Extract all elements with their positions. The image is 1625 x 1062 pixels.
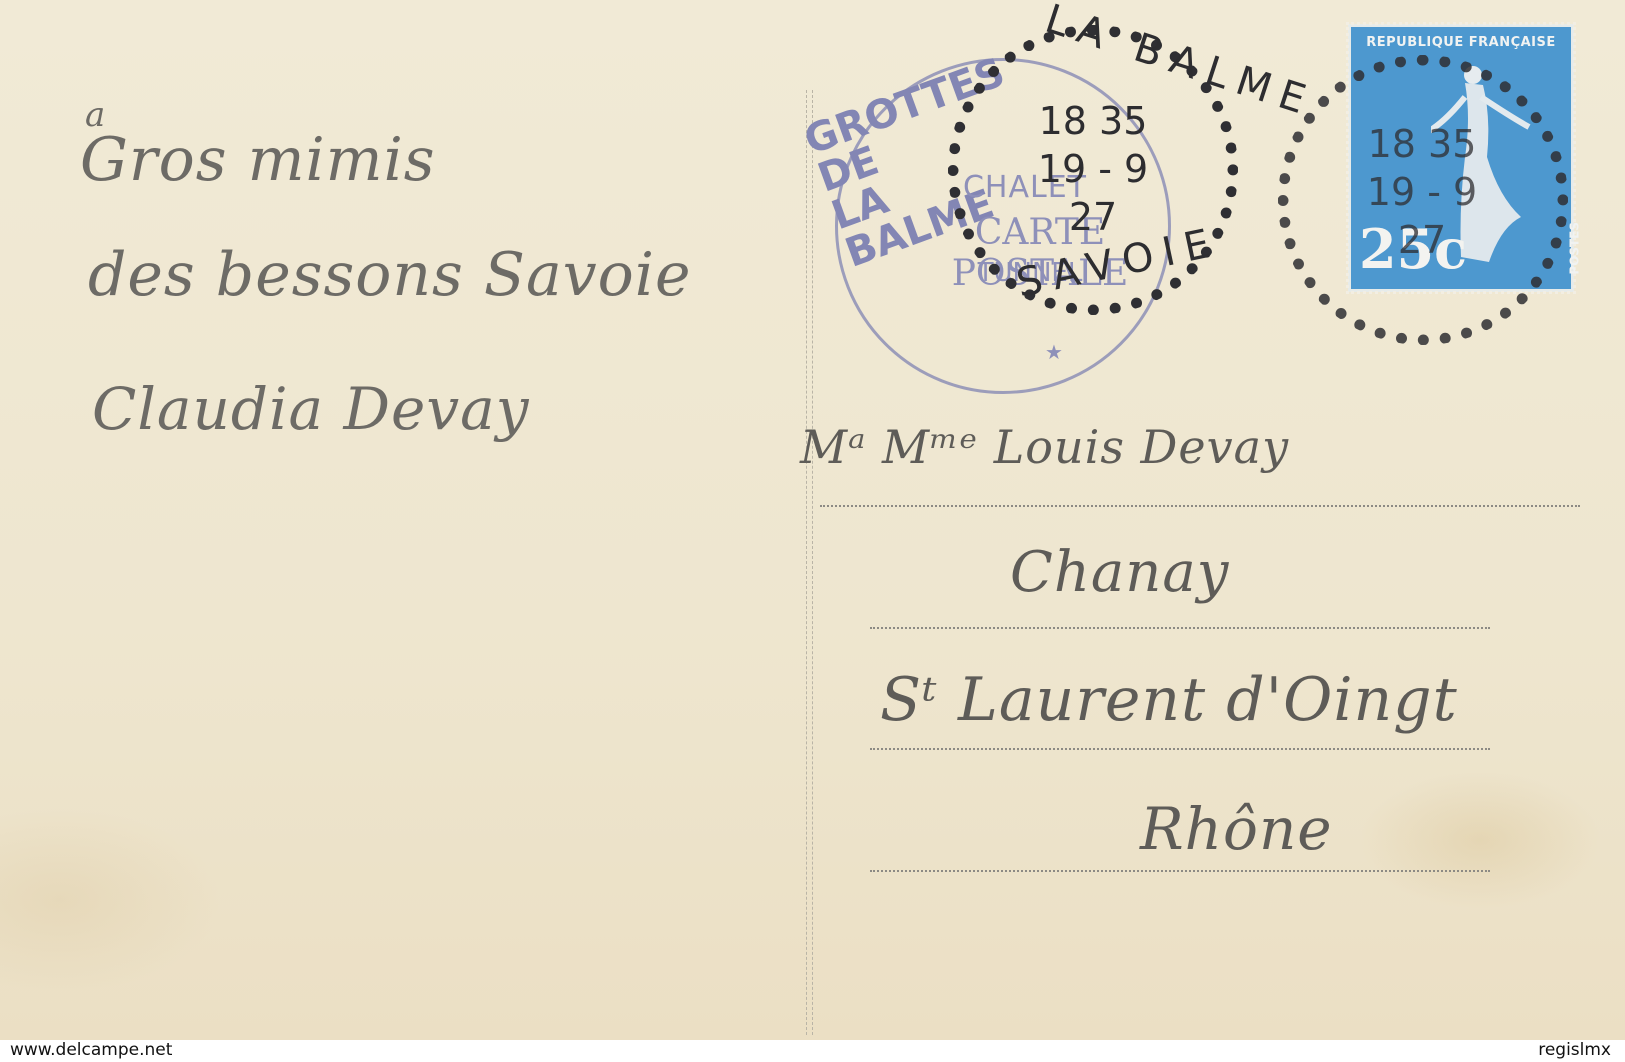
- address-guide-line: [870, 870, 1490, 872]
- postmark-time: 18 35: [1342, 120, 1502, 168]
- watermark-strip: [0, 1040, 1625, 1062]
- address-guide-line: [820, 505, 1580, 507]
- stamp-country: REPUBLIQUE FRANÇAISE: [1357, 35, 1565, 50]
- center-divider: [806, 90, 813, 1035]
- postmark-date-block: 18 35 19 - 9 27: [1013, 97, 1173, 241]
- postmark-time: 18 35: [1013, 97, 1173, 145]
- stamp-side-label: POSTES: [1568, 222, 1582, 275]
- star-icon: ★: [1045, 340, 1063, 364]
- postmark-date-block-second: 18 35 19 - 9 27: [1342, 120, 1502, 264]
- message-signature: Claudia Devay: [92, 375, 530, 443]
- address-commune: Sᵗ Laurent d'Oingt: [880, 665, 1458, 735]
- message-line-1: Gros mimis: [80, 125, 436, 195]
- postmark-year: 27: [1342, 216, 1502, 264]
- watermark-seller: regislmx: [1538, 1040, 1611, 1060]
- address-department: Rhône: [1140, 795, 1333, 863]
- address-guide-line: [870, 748, 1490, 750]
- postcard-back: a Gros mimis des bessons Savoie Claudia …: [0, 0, 1625, 1040]
- message-line-2: des bessons Savoie: [88, 240, 692, 310]
- postmark-date: 19 - 9: [1342, 168, 1502, 216]
- watermark-site: www.delcampe.net: [10, 1040, 172, 1060]
- postmark-date: 19 - 9: [1013, 145, 1173, 193]
- address-town: Chanay: [1010, 540, 1229, 605]
- address-recipient: Mᵃ Mᵐᵉ Louis Devay: [800, 420, 1289, 474]
- address-guide-line: [870, 627, 1490, 629]
